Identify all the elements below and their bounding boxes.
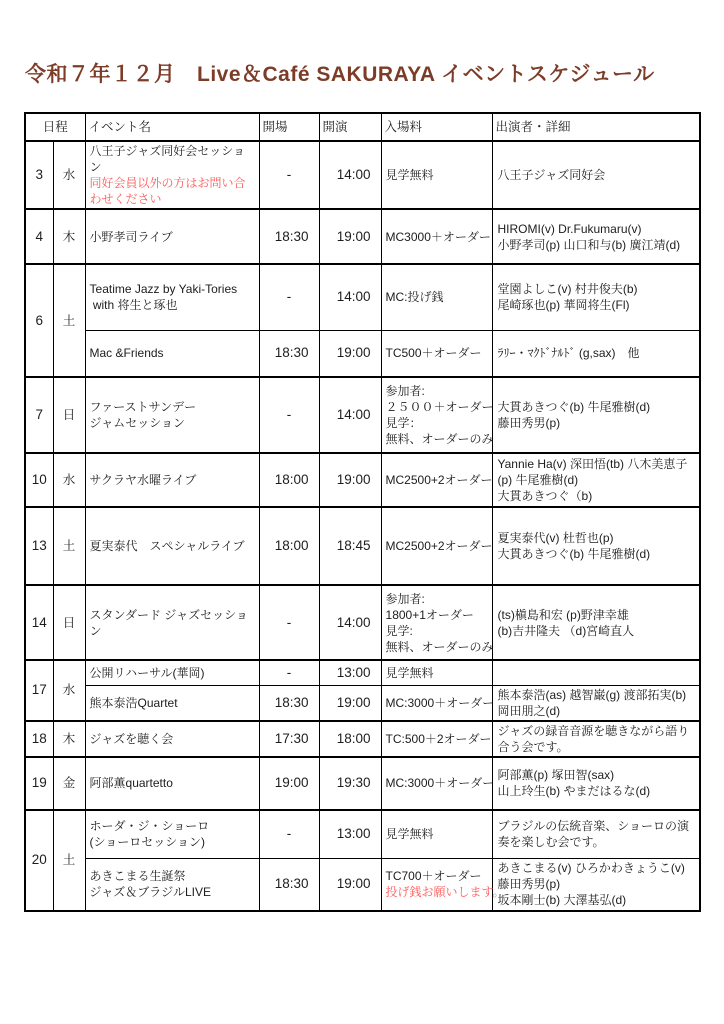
event-name: 小野孝司ライブ xyxy=(85,209,259,264)
fee-text: MC:3000＋オーダー xyxy=(386,775,489,791)
open-time: - xyxy=(259,585,319,660)
open-time: 17:30 xyxy=(259,721,319,757)
performers-text: 熊本泰浩(as) 越智巌(g) 渡部拓実(b) 岡田朋之(d) xyxy=(498,687,697,719)
open-time: - xyxy=(259,810,319,859)
open-time: 18:30 xyxy=(259,209,319,264)
table-row: 6 土 Teatime Jazz by Yaki-Tories with 将生と… xyxy=(25,264,700,330)
fee-text: 参加者: 1800+1オーダー 見学: 無料、オーダーのみ xyxy=(386,591,489,655)
date-day: 10 xyxy=(25,453,53,507)
event-title: ホーダ・ジ・ショーロ (ショーロセッション) xyxy=(90,818,256,850)
table-row: 19 金 阿部薫quartetto 19:00 19:30 MC:3000＋オー… xyxy=(25,757,700,810)
start-time: 19:00 xyxy=(319,209,381,264)
open-time: - xyxy=(259,264,319,330)
event-name: Mac &Friends xyxy=(85,330,259,377)
performers-text: 阿部薫(p) 塚田智(sax) 山上玲生(b) やまだはるな(d) xyxy=(498,767,697,799)
open-time: 18:00 xyxy=(259,453,319,507)
event-title: ファーストサンデー ジャムセッション xyxy=(90,399,256,431)
date-day: 7 xyxy=(25,377,53,453)
event-name: あきこまる生誕祭 ジャズ＆ブラジルLIVE xyxy=(85,859,259,911)
performers: ジャズの録音音源を聴きながら語り合う会です。 xyxy=(492,721,700,757)
event-title: あきこまる生誕祭 ジャズ＆ブラジルLIVE xyxy=(90,868,256,900)
admission-fee: MC2500+2オーダー xyxy=(381,507,492,585)
performers: あきこまる(v) ひろかわきょうこ(v) 藤田秀男(p) 坂本剛士(b) 大澤基… xyxy=(492,859,700,911)
performers-text: 大貫あきつぐ(b) 牛尾雅樹(d) 藤田秀男(p) xyxy=(498,399,697,431)
admission-fee: TC500＋オーダー xyxy=(381,330,492,377)
date-weekday: 水 xyxy=(53,660,85,721)
event-title: 熊本泰浩Quartet xyxy=(90,695,256,711)
open-time: 18:30 xyxy=(259,330,319,377)
date-weekday: 金 xyxy=(53,757,85,810)
date-day: 14 xyxy=(25,585,53,660)
performers-text: (ts)槇島和宏 (p)野津幸雄 (b)吉井隆夫 （d)宮崎直人 xyxy=(498,607,697,639)
event-name: Teatime Jazz by Yaki-Tories with 将生と琢也 xyxy=(85,264,259,330)
start-time: 13:00 xyxy=(319,810,381,859)
performers-text: HIROMI(v) Dr.Fukumaru(v) 小野孝司(p) 山口和与(b)… xyxy=(498,221,697,253)
date-day: 4 xyxy=(25,209,53,264)
header-fee: 入場料 xyxy=(381,113,492,141)
table-row: 7 日 ファーストサンデー ジャムセッション - 14:00 参加者: ２５００… xyxy=(25,377,700,453)
event-title: ジャズを聴く会 xyxy=(90,731,256,747)
event-name: 公開リハーサル(華岡) xyxy=(85,660,259,685)
event-title: サクラヤ水曜ライブ xyxy=(90,472,256,488)
admission-fee: TC700＋オーダー 投げ銭お願いします。 xyxy=(381,859,492,911)
performers: 熊本泰浩(as) 越智巌(g) 渡部拓実(b) 岡田朋之(d) xyxy=(492,685,700,721)
header-open: 開場 xyxy=(259,113,319,141)
fee-text: TC:500＋2オーダー xyxy=(386,731,489,747)
performers: Yannie Ha(v) 深田悟(tb) 八木美恵子(p) 牛尾雅樹(d) 大貫… xyxy=(492,453,700,507)
performers-text: 八王子ジャズ同好会 xyxy=(498,167,697,183)
date-weekday: 水 xyxy=(53,141,85,209)
table-row: 10 水 サクラヤ水曜ライブ 18:00 19:00 MC2500+2オーダー … xyxy=(25,453,700,507)
admission-fee: MC:投げ銭 xyxy=(381,264,492,330)
admission-fee: MC:3000＋オーダー xyxy=(381,685,492,721)
admission-fee: MC:3000＋オーダー xyxy=(381,757,492,810)
event-name: サクラヤ水曜ライブ xyxy=(85,453,259,507)
start-time: 19:00 xyxy=(319,453,381,507)
table-header-row: 日程 イベント名 開場 開演 入場料 出演者・詳細 xyxy=(25,113,700,141)
performers: 八王子ジャズ同好会 xyxy=(492,141,700,209)
start-time: 14:00 xyxy=(319,377,381,453)
table-row: 18 木 ジャズを聴く会 17:30 18:00 TC:500＋2オーダー ジャ… xyxy=(25,721,700,757)
start-time: 14:00 xyxy=(319,264,381,330)
fee-text: 参加者: ２５００＋オーダー 見学： 無料、オーダーのみ xyxy=(386,383,489,447)
date-day: 13 xyxy=(25,507,53,585)
open-time: - xyxy=(259,660,319,685)
start-time: 13:00 xyxy=(319,660,381,685)
table-row: 3 水 八王子ジャズ同好会セッション 同好会員以外の方はお問い合わせください -… xyxy=(25,141,700,209)
admission-fee: 参加者: ２５００＋オーダー 見学： 無料、オーダーのみ xyxy=(381,377,492,453)
table-row: 14 日 スタンダード ジャズセッション - 14:00 参加者: 1800+1… xyxy=(25,585,700,660)
fee-text: TC700＋オーダー xyxy=(386,868,489,884)
date-day: 19 xyxy=(25,757,53,810)
performers: HIROMI(v) Dr.Fukumaru(v) 小野孝司(p) 山口和与(b)… xyxy=(492,209,700,264)
admission-fee: MC3000＋オーダー xyxy=(381,209,492,264)
schedule-table: 日程 イベント名 開場 開演 入場料 出演者・詳細 3 水 八王子ジャズ同好会セ… xyxy=(24,112,701,912)
event-name: 八王子ジャズ同好会セッション 同好会員以外の方はお問い合わせください xyxy=(85,141,259,209)
fee-text: MC2500+2オーダー xyxy=(386,538,489,554)
event-note-red: 同好会員以外の方はお問い合わせください xyxy=(90,175,256,207)
start-time: 18:00 xyxy=(319,721,381,757)
event-title: 公開リハーサル(華岡) xyxy=(90,665,256,681)
open-time: 18:00 xyxy=(259,507,319,585)
event-title: Mac &Friends xyxy=(90,345,256,361)
date-weekday: 水 xyxy=(53,453,85,507)
start-time: 14:00 xyxy=(319,141,381,209)
fee-text: MC:3000＋オーダー xyxy=(386,695,489,711)
open-time: 19:00 xyxy=(259,757,319,810)
performers xyxy=(492,660,700,685)
event-name: 阿部薫quartetto xyxy=(85,757,259,810)
date-weekday: 土 xyxy=(53,264,85,377)
date-weekday: 日 xyxy=(53,585,85,660)
performers-text: Yannie Ha(v) 深田悟(tb) 八木美恵子(p) 牛尾雅樹(d) 大貫… xyxy=(498,456,697,504)
event-title: 阿部薫quartetto xyxy=(90,775,256,791)
performers-text: 堂園よしこ(v) 村井俊夫(b) 尾崎琢也(p) 華岡将生(Fl) xyxy=(498,281,697,313)
header-date: 日程 xyxy=(25,113,85,141)
event-title: 小野孝司ライブ xyxy=(90,229,256,245)
date-weekday: 木 xyxy=(53,721,85,757)
fee-text: MC2500+2オーダー xyxy=(386,472,489,488)
performers-text: あきこまる(v) ひろかわきょうこ(v) 藤田秀男(p) 坂本剛士(b) 大澤基… xyxy=(498,860,697,908)
date-day: 20 xyxy=(25,810,53,911)
fee-text: MC3000＋オーダー xyxy=(386,229,489,245)
fee-text: 見学無料 xyxy=(386,167,489,183)
header-performers: 出演者・詳細 xyxy=(492,113,700,141)
start-time: 14:00 xyxy=(319,585,381,660)
event-name: スタンダード ジャズセッション xyxy=(85,585,259,660)
fee-text: 見学無料 xyxy=(386,665,489,681)
table-row: Mac &Friends 18:30 19:00 TC500＋オーダー ﾗﾘｰ・… xyxy=(25,330,700,377)
event-name: 夏実泰代 スペシャルライブ xyxy=(85,507,259,585)
admission-fee: MC2500+2オーダー xyxy=(381,453,492,507)
event-title: スタンダード ジャズセッション xyxy=(90,607,256,639)
event-title: Teatime Jazz by Yaki-Tories with 将生と琢也 xyxy=(90,281,256,313)
date-day: 18 xyxy=(25,721,53,757)
page-title: 令和７年１２月 Live＆Café SAKURAYA イベントスケジュール xyxy=(25,58,655,88)
table-row: 4 木 小野孝司ライブ 18:30 19:00 MC3000＋オーダー HIRO… xyxy=(25,209,700,264)
header-start: 開演 xyxy=(319,113,381,141)
start-time: 19:30 xyxy=(319,757,381,810)
table-row: 20 土 ホーダ・ジ・ショーロ (ショーロセッション) - 13:00 見学無料… xyxy=(25,810,700,859)
admission-fee: 見学無料 xyxy=(381,810,492,859)
admission-fee: 見学無料 xyxy=(381,141,492,209)
table-row: あきこまる生誕祭 ジャズ＆ブラジルLIVE 18:30 19:00 TC700＋… xyxy=(25,859,700,911)
admission-fee: 見学無料 xyxy=(381,660,492,685)
date-weekday: 木 xyxy=(53,209,85,264)
fee-text: TC500＋オーダー xyxy=(386,345,489,361)
start-time: 19:00 xyxy=(319,859,381,911)
date-day: 3 xyxy=(25,141,53,209)
fee-note-red: 投げ銭お願いします。 xyxy=(386,884,489,900)
open-time: - xyxy=(259,141,319,209)
performers-text: 夏実泰代(v) 杜哲也(p) 大貫あきつぐ(b) 牛尾雅樹(d) xyxy=(498,530,697,562)
date-day: 17 xyxy=(25,660,53,721)
performers: ブラジルの伝統音楽、ショーロの演奏を楽しむ会です。 xyxy=(492,810,700,859)
start-time: 19:00 xyxy=(319,685,381,721)
event-title: 夏実泰代 スペシャルライブ xyxy=(90,538,256,554)
fee-text: MC:投げ銭 xyxy=(386,289,489,305)
performers-text: ジャズの録音音源を聴きながら語り合う会です。 xyxy=(498,723,697,755)
admission-fee: TC:500＋2オーダー xyxy=(381,721,492,757)
start-time: 19:00 xyxy=(319,330,381,377)
table-row: 17 水 公開リハーサル(華岡) - 13:00 見学無料 xyxy=(25,660,700,685)
fee-text: 見学無料 xyxy=(386,826,489,842)
performers: 夏実泰代(v) 杜哲也(p) 大貫あきつぐ(b) 牛尾雅樹(d) xyxy=(492,507,700,585)
open-time: 18:30 xyxy=(259,685,319,721)
performers-text: ﾗﾘｰ・ﾏｸﾄﾞﾅﾙﾄﾞ (g,sax) 他 xyxy=(498,345,697,361)
date-weekday: 土 xyxy=(53,810,85,911)
performers: (ts)槇島和宏 (p)野津幸雄 (b)吉井隆夫 （d)宮崎直人 xyxy=(492,585,700,660)
event-name: ホーダ・ジ・ショーロ (ショーロセッション) xyxy=(85,810,259,859)
header-event: イベント名 xyxy=(85,113,259,141)
start-time: 18:45 xyxy=(319,507,381,585)
open-time: - xyxy=(259,377,319,453)
performers-text: ブラジルの伝統音楽、ショーロの演奏を楽しむ会です。 xyxy=(498,818,697,850)
event-name: ジャズを聴く会 xyxy=(85,721,259,757)
date-day: 6 xyxy=(25,264,53,377)
table-row: 熊本泰浩Quartet 18:30 19:00 MC:3000＋オーダー 熊本泰… xyxy=(25,685,700,721)
event-title: 八王子ジャズ同好会セッション xyxy=(90,143,256,175)
event-name: 熊本泰浩Quartet xyxy=(85,685,259,721)
date-weekday: 日 xyxy=(53,377,85,453)
performers: 堂園よしこ(v) 村井俊夫(b) 尾崎琢也(p) 華岡将生(Fl) xyxy=(492,264,700,330)
performers: ﾗﾘｰ・ﾏｸﾄﾞﾅﾙﾄﾞ (g,sax) 他 xyxy=(492,330,700,377)
performers: 大貫あきつぐ(b) 牛尾雅樹(d) 藤田秀男(p) xyxy=(492,377,700,453)
open-time: 18:30 xyxy=(259,859,319,911)
table-row: 13 土 夏実泰代 スペシャルライブ 18:00 18:45 MC2500+2オ… xyxy=(25,507,700,585)
document-page: 令和７年１２月 Live＆Café SAKURAYA イベントスケジュール 日程… xyxy=(0,0,724,1024)
admission-fee: 参加者: 1800+1オーダー 見学: 無料、オーダーのみ xyxy=(381,585,492,660)
event-name: ファーストサンデー ジャムセッション xyxy=(85,377,259,453)
performers: 阿部薫(p) 塚田智(sax) 山上玲生(b) やまだはるな(d) xyxy=(492,757,700,810)
date-weekday: 土 xyxy=(53,507,85,585)
